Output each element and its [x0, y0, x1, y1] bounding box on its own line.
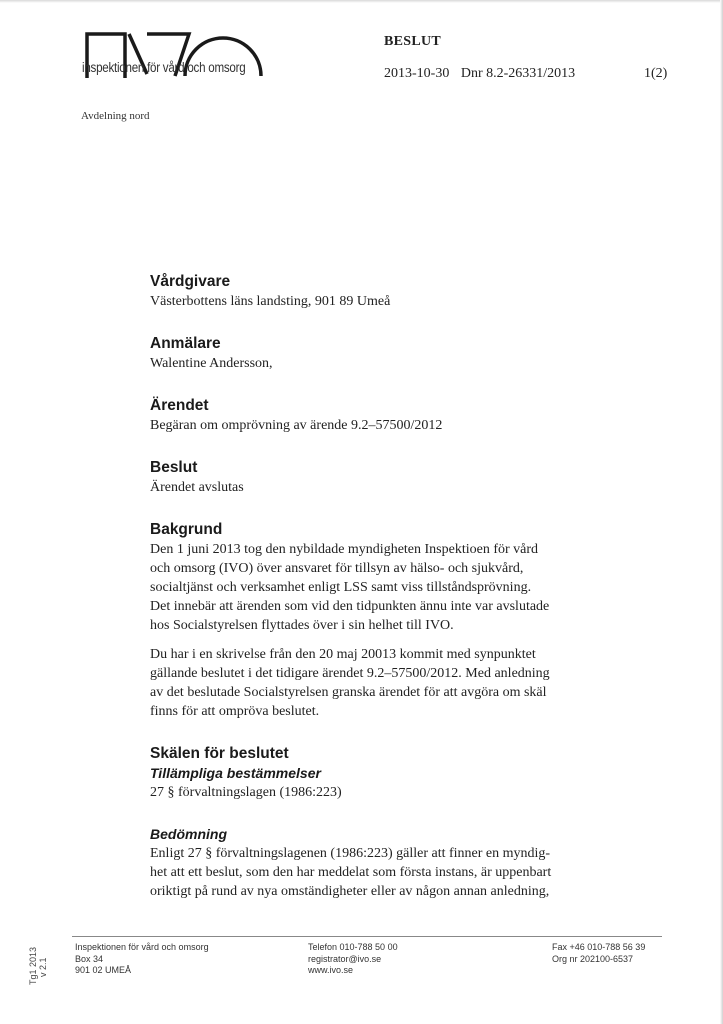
footer-phone: Telefon 010-788 50 00 [308, 942, 398, 954]
text-line: socialtjänst och verksamhet enligt LSS s… [150, 580, 531, 595]
section-bakgrund: Bakgrund Den 1 juni 2013 tog den nybilda… [150, 520, 620, 721]
text-line: Enligt 27 § förvaltningslagenen (1986:22… [150, 846, 550, 861]
footer-fax-org: Fax +46 010-788 56 39 Org nr 202100-6537 [552, 942, 645, 965]
section-heading: Beslut [150, 458, 620, 478]
document-type: BESLUT [384, 34, 441, 50]
paragraph: Den 1 juni 2013 tog den nybildade myndig… [150, 540, 620, 635]
text-line: av det beslutade Socialstyrelsen granska… [150, 685, 547, 700]
paragraph: Du har i en skrivelse från den 20 maj 20… [150, 645, 620, 721]
section-text: Begäran om omprövning av ärende 9.2–5750… [150, 416, 620, 435]
section-skalen: Skälen för beslutet Tillämpliga bestämme… [150, 744, 620, 802]
footer-org-name: Inspektionen för vård och omsorg [75, 942, 209, 954]
document-meta: 2013-10-30 Dnr 8.2-26331/2013 [384, 66, 575, 82]
section-heading: Skälen för beslutet [150, 744, 620, 764]
subsection-heading: Bedömning [150, 825, 620, 844]
paragraph: Enligt 27 § förvaltningslagenen (1986:22… [150, 844, 620, 901]
ivo-logo: inspektionen för vård och omsorg [85, 30, 265, 85]
footer-box: Box 34 [75, 954, 209, 966]
section-text: 27 § förvaltningslagen (1986:223) [150, 783, 620, 802]
footer-website[interactable]: www.ivo.se [308, 965, 398, 977]
document-body: Vårdgivare Västerbottens läns landsting,… [150, 272, 620, 901]
text-line: Det innebär att ärenden som vid den tidp… [150, 599, 549, 614]
footer-divider [72, 936, 662, 937]
text-line: hos Socialstyrelsen flyttades över i sin… [150, 618, 454, 633]
document-dnr: Dnr 8.2-26331/2013 [461, 66, 575, 81]
document-date: 2013-10-30 [384, 66, 449, 81]
logo-text: inspektionen för vård och omsorg [82, 60, 245, 75]
text-line: oriktigt på rund av nya omständigheter e… [150, 884, 549, 899]
subsection-heading: Tillämpliga bestämmelser [150, 764, 620, 783]
template-version: Tg1 2013 v 2.1 [28, 947, 48, 985]
section-text: Ärendet avslutas [150, 478, 620, 497]
section-heading: Anmälare [150, 334, 620, 354]
section-beslut: Beslut Ärendet avslutas [150, 458, 620, 497]
text-line: Du har i en skrivelse från den 20 maj 20… [150, 647, 536, 662]
section-anmalare: Anmälare Walentine Andersson, [150, 334, 620, 373]
footer-org-nr: Org nr 202100-6537 [552, 954, 645, 966]
section-heading: Bakgrund [150, 520, 620, 540]
text-line: gällande beslutet i det tidigare ärendet… [150, 666, 550, 681]
text-line: finns för att ompröva beslutet. [150, 704, 319, 719]
page-number: 1(2) [644, 66, 667, 82]
page-edge [0, 0, 723, 3]
section-text: Walentine Andersson, [150, 354, 620, 373]
template-version-label: v 2.1 [38, 947, 48, 985]
text-line: het att ett beslut, som den har meddelat… [150, 865, 551, 880]
section-heading: Ärendet [150, 396, 620, 416]
footer-email[interactable]: registrator@ivo.se [308, 954, 398, 966]
footer-address: Inspektionen för vård och omsorg Box 34 … [75, 942, 209, 977]
department-label: Avdelning nord [81, 110, 150, 122]
section-arendet: Ärendet Begäran om omprövning av ärende … [150, 396, 620, 435]
template-id: Tg1 2013 [28, 947, 38, 985]
section-vardgivare: Vårdgivare Västerbottens läns landsting,… [150, 272, 620, 311]
text-line: Den 1 juni 2013 tog den nybildade myndig… [150, 542, 538, 557]
footer-postal: 901 02 UMEÅ [75, 965, 209, 977]
section-bedomning: Bedömning Enligt 27 § förvaltningslagene… [150, 825, 620, 901]
footer-fax: Fax +46 010-788 56 39 [552, 942, 645, 954]
section-text: Västerbottens läns landsting, 901 89 Ume… [150, 292, 620, 311]
footer-contact: Telefon 010-788 50 00 registrator@ivo.se… [308, 942, 398, 977]
section-heading: Vårdgivare [150, 272, 620, 292]
text-line: och omsorg (IVO) över ansvaret för tills… [150, 561, 523, 576]
